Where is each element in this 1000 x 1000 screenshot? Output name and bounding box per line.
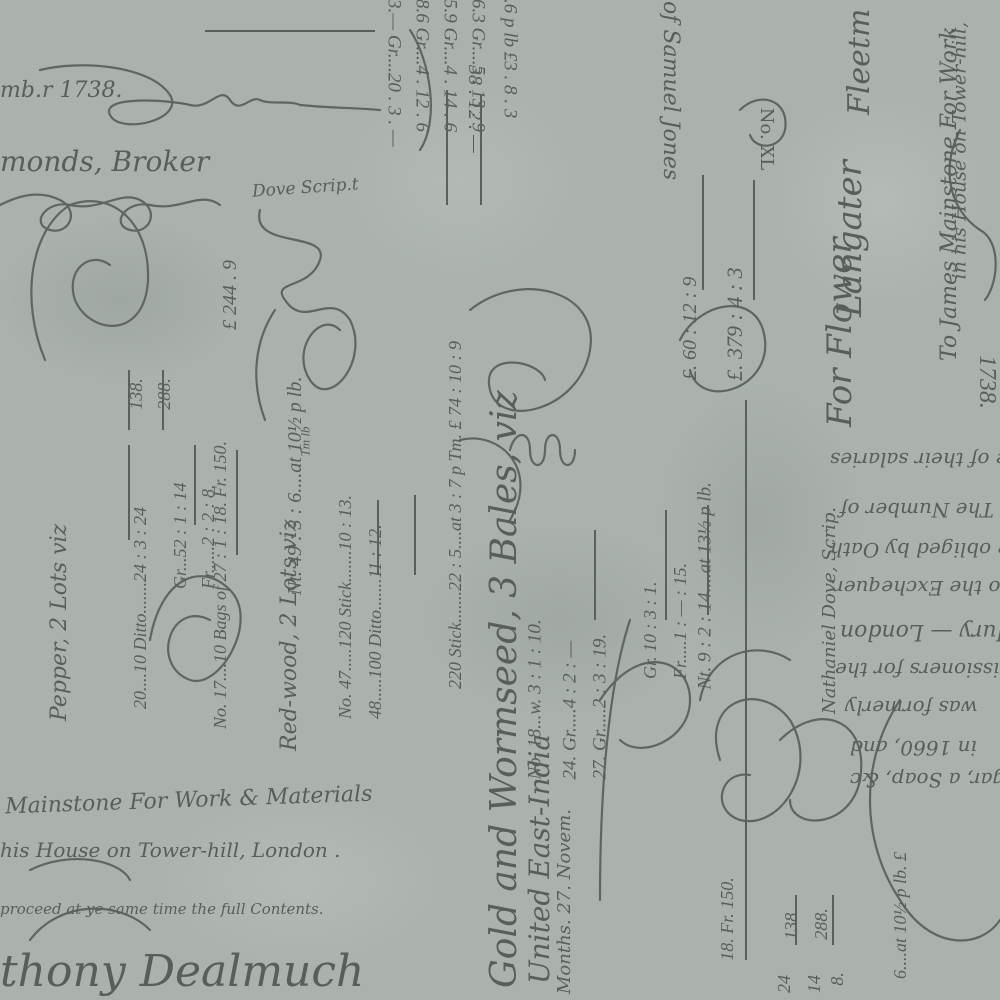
mainstone-work-text: Mainstone For Work & Materials [5,784,373,819]
pound-379-text: £. 379 : 4 : 3 [724,181,746,381]
redwood-lots-text: Red-wood, 2 Lots viz [279,471,301,751]
in-his-house-text: in his House on Tower-hill, [951,0,970,280]
inverted-line-3: are obliged by Oath [830,540,1000,560]
date-text: mb.r 1738. [0,80,122,102]
year-1738-right: 1738. [975,355,999,409]
total-38-text: 38 . 12 . — [465,65,485,195]
rule-line [753,180,755,300]
inverted-line-2: The Number of [840,500,994,520]
pepper-lots-text: Pepper, 2 Lots viz [49,421,71,721]
fr-2-text: Fr......2 : 2 : 8. [199,389,217,589]
inverted-line-4: into the Exchequer. [830,578,1000,598]
inverted-line-8: in 1660, and [850,738,977,758]
inverted-line-5: d-Jury — London [840,620,1000,642]
rule-line [832,895,834,945]
ditto-20-text: 20....10 Ditto.......24 : 3 : 24 [131,429,149,709]
bottom-repeat-3: 288. [812,908,830,940]
ledger-top-row-4: 18.6 Gr....4 . 12 . 6 [413,0,432,210]
xl-no-text: No. XL [757,108,775,170]
pound-244-text: £ 244 . 9 [220,210,240,330]
inverted-line-9: Sugar, a Soap, &c [850,770,1000,790]
row-27-text: 27. Gr.....2 : 3 : 19. [591,480,610,780]
ledger-top-row-3: 15.9 Gr....4 . 14 . 6 [441,0,460,210]
bottom-repeat-7: 6....at 10½ p lb. £ [891,799,909,979]
rule-line [414,495,416,575]
fr-1-text: Fr.....1 : — : 15. [671,459,689,679]
inverted-line-6: missioners for the [835,660,1000,680]
bottom-repeat-1: 18. Fr. 150. [718,877,736,961]
pound-60-text: £. 60 : 12 : 9 [680,160,700,380]
gr-52-text: Gr...52 : 1 : 14 [171,389,189,589]
rule-line [702,175,704,290]
rule-line [707,505,709,615]
inverted-line-7: was formerly [845,698,978,718]
months-novem-text: Months. 27. Novem. [556,744,574,994]
united-east-india-text: United East-India [526,684,554,984]
rule-line [128,370,130,430]
rule-line [162,370,164,430]
rule-line [446,90,448,205]
row-24-text: 24. Gr.....4 : 2 : — [561,480,580,780]
bottom-repeat-2: 138. [782,908,800,940]
ditto-48-text: 48.....100 Ditto.......11 : 12. [366,419,384,719]
inverted-line-1: ance of their salaries [830,450,1000,470]
rule-line [665,510,667,620]
broker-text: monds, Broker [0,148,209,176]
rule-line [128,445,130,540]
bottom-repeat-4: 24 [775,975,793,993]
gold-wormseed-text: Gold and Wormseed, 3 Bales, viz [487,488,523,988]
rule-line [594,530,596,620]
fabric-print: mb.r 1738. monds, Broker Dove Scrip.t Pe… [0,0,1000,1000]
samuel-jones-text: of Samuel Jones [659,1,681,261]
tm-label: Tm lb [298,427,311,457]
proceed-text: proceed at ye same time the full Content… [0,902,324,917]
rule-line [480,95,482,205]
dove-scrip-text: Dove Scrip.t [252,176,360,200]
bottom-repeat-5: 14 [805,975,823,993]
ledger-top-row-1: 6.6 p lb £3 . 8 . 3 [501,0,520,210]
ledger-top-row-5: 13.— Gr....20 . 3 . — [385,0,404,210]
no47-text: No. 47.....120 Stick.......10 : 13. [336,419,354,719]
rule-line [745,400,747,960]
rule-line [236,450,238,555]
rule-line [205,30,375,32]
gr-10-text: Gr. 10 : 3 : 1. [641,459,659,679]
bottom-repeat-6: 8. [828,972,846,986]
dealmuch-text: thony Dealmuch [0,950,364,994]
rule-line [795,895,797,945]
stick-220-text: 220 Stick.......22 : 5....at 3 : 7 p Tm.… [446,129,464,689]
rule-line [377,500,379,575]
rule-line [194,445,196,525]
fleetm-text: Fleetm [845,0,875,115]
house-tower-hill-text: his House on Tower-hill, London . [0,840,341,860]
